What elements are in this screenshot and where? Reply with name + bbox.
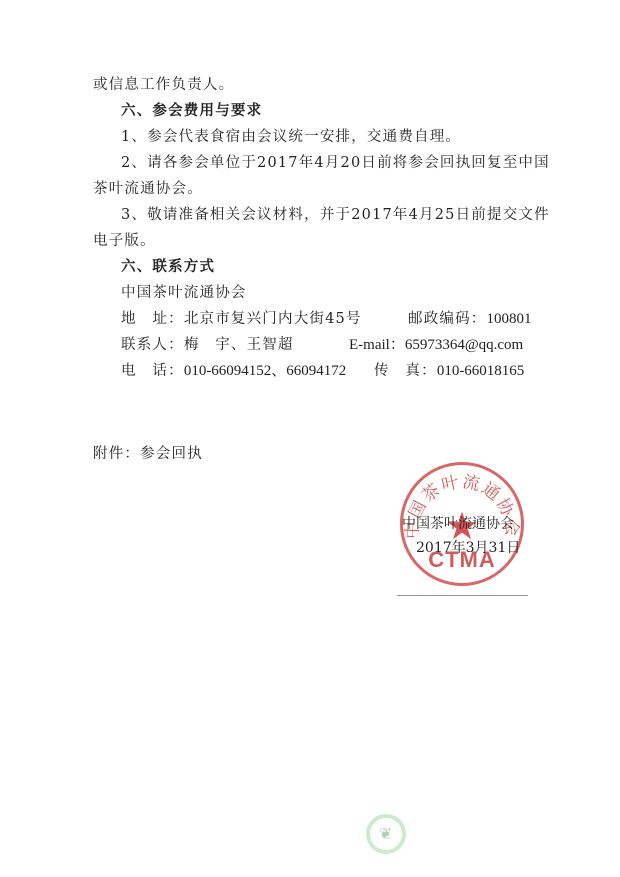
footer-logo: ❦ — [366, 814, 406, 854]
phone-label: 电 话： — [121, 363, 184, 379]
contacts-value: 梅 宇、王智超 — [184, 337, 294, 353]
text-line: 3、敬请准备相关会议材料，并于2017年4月25日前提交文件 — [121, 205, 550, 225]
postcode-row: 邮政编码：100801 — [408, 309, 532, 329]
postcode-label: 邮政编码： — [408, 311, 487, 327]
leaf-icon: ❦ — [379, 826, 392, 842]
contacts-label: 联系人： — [121, 337, 184, 353]
fax-row: 传 真：010-66018165 — [374, 361, 524, 381]
email-value[interactable]: 65973364@qq.com — [405, 337, 523, 353]
attachment-note: 附件：参会回执 — [93, 444, 203, 464]
fax-label: 传 真： — [374, 363, 437, 379]
org-name: 中国茶叶流通协会 — [121, 283, 247, 303]
signature-org: 中国茶叶流通协会 — [402, 514, 514, 534]
fax-value: 010-66018165 — [437, 363, 525, 379]
phone-row: 电 话：010-66094152、66094172 — [121, 361, 346, 381]
phone-value: 010-66094152、66094172 — [184, 363, 347, 379]
section-heading-fees: 六、参会费用与要求 — [121, 101, 262, 121]
address-row: 地 址：北京市复兴门内大街45号 — [121, 309, 362, 329]
text-line: 电子版。 — [93, 231, 156, 251]
address-label: 地 址： — [121, 311, 184, 327]
text-line: 1、参会代表食宿由会议统一安排，交通费自理。 — [121, 127, 461, 147]
email-row: E-mail：65973364@qq.com — [349, 335, 523, 355]
contacts-row: 联系人：梅 宇、王智超 — [121, 335, 294, 355]
postcode-value: 100801 — [487, 311, 532, 327]
email-label: E-mail： — [349, 337, 405, 353]
text-line: 2、请各参会单位于2017年4月20日前将参会回执回复至中国 — [121, 153, 550, 173]
text-line: 或信息工作负责人。 — [93, 75, 234, 95]
signature-divider — [397, 595, 528, 596]
address-value: 北京市复兴门内大街45号 — [184, 311, 362, 327]
text-line: 茶叶流通协会。 — [93, 179, 203, 199]
section-heading-contact: 六、联系方式 — [121, 257, 215, 277]
signature-date: 2017年3月31日 — [416, 538, 520, 558]
